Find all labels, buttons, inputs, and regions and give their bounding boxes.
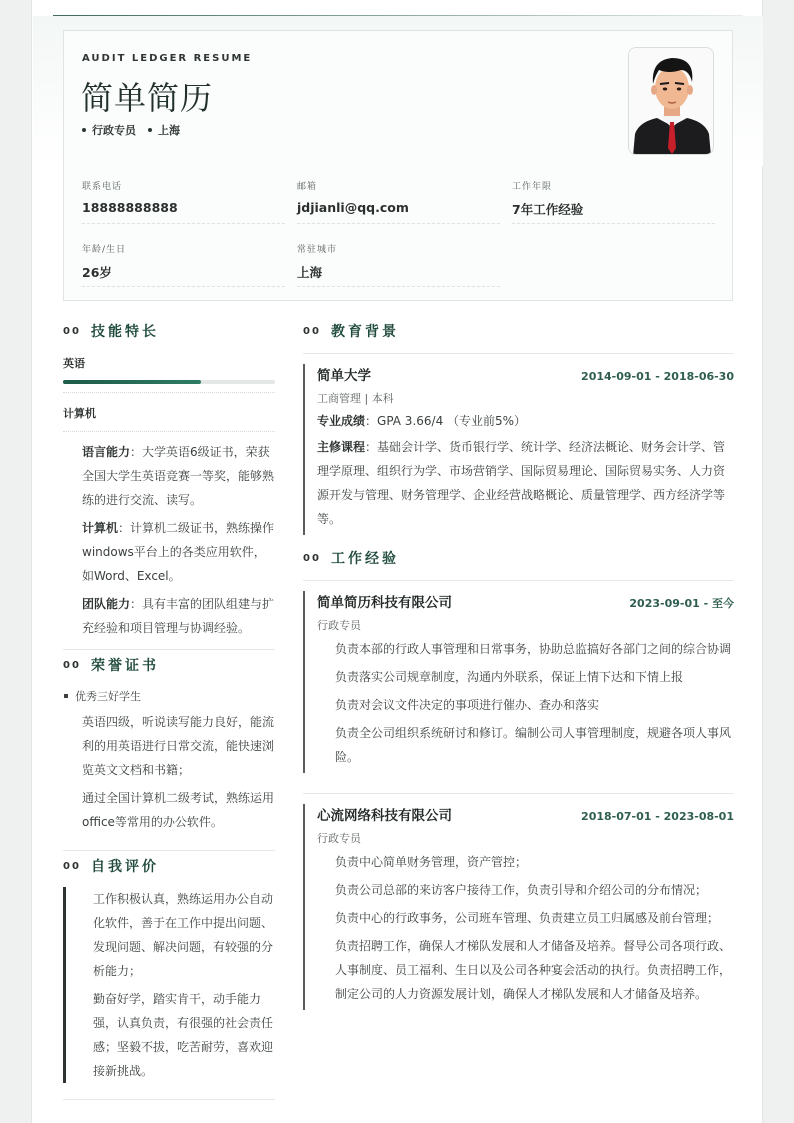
info-label: 工作年限 bbox=[512, 179, 715, 192]
right-column: 00 教育背景 简单大学 2014-09-01 - 2018-06-30 工商管… bbox=[303, 318, 734, 1010]
skill-name: 英语 bbox=[63, 355, 275, 371]
tag-city: 上海 bbox=[148, 122, 180, 138]
age-value: 26岁 bbox=[82, 263, 285, 281]
honor-paragraph: 英语四级，听说读写能力良好，能流利的用英语进行日常交流，能快速浏览英文文档和书籍… bbox=[82, 710, 275, 782]
section-title: 荣誉证书 bbox=[91, 655, 159, 675]
resume-page: AUDIT LEDGER RESUME 简单简历 行政专员 上海 bbox=[31, 0, 763, 1123]
self-eval-paragraph: 工作积极认真，熟练运用办公自动化软件，善于在工作中提出问题、发现问题、解决问题，… bbox=[93, 887, 275, 983]
responsibility-item: 负责对会议文件决定的事项进行催办、查办和落实 bbox=[317, 693, 734, 717]
responsibility-item: 负责全公司组织系统研讨和修订。编制公司人事管理制度，规避各项人事风险。 bbox=[317, 721, 734, 769]
header-tags: 行政专员 上海 bbox=[82, 122, 180, 138]
gpa-line: 专业成绩：GPA 3.66/4 （专业前5%） bbox=[317, 409, 734, 433]
skill-detail: 语言能力：大学英语6级证书，荣获全国大学生英语竞赛一等奖，能够熟练的进行交流、读… bbox=[82, 440, 275, 512]
company-name: 心流网络科技有限公司 bbox=[317, 804, 452, 824]
entry-divider bbox=[303, 793, 734, 794]
section-number: 00 bbox=[63, 660, 91, 671]
self-eval-quote: 工作积极认真，熟练运用办公自动化软件，善于在工作中提出问题、发现问题、解决问题，… bbox=[63, 887, 275, 1083]
section-header-work: 00 工作经验 bbox=[303, 545, 734, 571]
education-date: 2014-09-01 - 2018-06-30 bbox=[581, 370, 734, 383]
left-column: 00 技能特长 英语 计算机 语言能力：大学英语6级证书，荣获全国大学生英语竞赛… bbox=[63, 318, 275, 1100]
job-responsibilities: 负责本部的行政人事管理和日常事务，协助总监搞好各部门之间的综合协调 负责落实公司… bbox=[317, 637, 734, 769]
job-role: 行政专员 bbox=[317, 617, 734, 633]
section-divider bbox=[63, 1099, 275, 1100]
skill-computer: 计算机 bbox=[63, 393, 275, 432]
section-divider bbox=[63, 649, 275, 650]
info-city: 常驻城市 上海 bbox=[297, 241, 500, 287]
job-role: 行政专员 bbox=[317, 830, 734, 846]
honor-details: 英语四级，听说读写能力良好，能流利的用英语进行日常交流，能快速浏览英文文档和书籍… bbox=[63, 710, 275, 834]
responsibility-item: 负责公司总部的来访客户接待工作，负责引导和介绍公司的分布情况； bbox=[317, 878, 734, 902]
courses-line: 主修课程：基础会计学、货币银行学、统计学、经济法概论、财务会计学、管理学原理、组… bbox=[317, 435, 734, 531]
job-date: 2018-07-01 - 2023-08-01 bbox=[581, 810, 734, 823]
responsibility-item: 负责落实公司规章制度，沟通内外联系，保证上情下达和下情上报 bbox=[317, 665, 734, 689]
skill-details: 语言能力：大学英语6级证书，荣获全国大学生英语竞赛一等奖，能够熟练的进行交流、读… bbox=[63, 440, 275, 640]
brand-label: AUDIT LEDGER RESUME bbox=[82, 53, 252, 64]
skill-english: 英语 bbox=[63, 355, 275, 393]
section-title: 教育背景 bbox=[331, 321, 399, 341]
info-phone: 联系电话 18888888888 bbox=[82, 178, 285, 224]
honor-bullet: 优秀三好学生 bbox=[63, 688, 275, 704]
tag-position: 行政专员 bbox=[82, 122, 136, 138]
header-card: AUDIT LEDGER RESUME 简单简历 行政专员 上海 bbox=[63, 30, 733, 301]
responsibility-item: 负责招聘工作，确保人才梯队发展和人才储备及培养。督导公司各项行政、人事制度、员工… bbox=[317, 934, 734, 1006]
section-title: 自我评价 bbox=[91, 856, 159, 876]
job-entry: 心流网络科技有限公司 2018-07-01 - 2023-08-01 行政专员 … bbox=[303, 804, 734, 1010]
section-header-honors: 00 荣誉证书 bbox=[63, 652, 275, 678]
info-label: 常驻城市 bbox=[297, 242, 500, 255]
honor-paragraph: 通过全国计算机二级考试，熟练运用office等常用的办公软件。 bbox=[82, 786, 275, 834]
section-number: 00 bbox=[63, 326, 91, 337]
email-value: jdjianli@qq.com bbox=[297, 200, 500, 215]
skill-name: 计算机 bbox=[63, 405, 275, 421]
top-divider bbox=[53, 15, 743, 16]
info-label: 年龄/生日 bbox=[82, 242, 285, 255]
job-entry: 简单简历科技有限公司 2023-09-01 - 至今 行政专员 负责本部的行政人… bbox=[303, 591, 734, 773]
skill-detail: 计算机：计算机二级证书，熟练操作windows平台上的各类应用软件，如Word、… bbox=[82, 516, 275, 588]
section-number: 00 bbox=[63, 861, 91, 872]
info-label: 邮箱 bbox=[297, 179, 500, 192]
job-date: 2023-09-01 - 至今 bbox=[629, 595, 734, 611]
section-title: 技能特长 bbox=[91, 321, 159, 341]
skill-detail: 团队能力：具有丰富的团队组建与扩充经验和项目管理与协调经验。 bbox=[82, 592, 275, 640]
company-name: 简单简历科技有限公司 bbox=[317, 591, 452, 611]
section-divider bbox=[63, 850, 275, 851]
contact-info-grid: 联系电话 18888888888 邮箱 jdjianli@qq.com 工作年限… bbox=[82, 178, 716, 287]
section-header-skills: 00 技能特长 bbox=[63, 318, 275, 344]
responsibility-item: 负责中心简单财务管理，资产管控； bbox=[317, 850, 734, 874]
section-header-education: 00 教育背景 bbox=[303, 318, 734, 344]
section-header-self-eval: 00 自我评价 bbox=[63, 853, 275, 879]
info-label: 联系电话 bbox=[82, 179, 285, 192]
candidate-name: 简单简历 bbox=[81, 73, 213, 119]
avatar-icon bbox=[629, 48, 714, 155]
section-number: 00 bbox=[303, 553, 331, 564]
major-degree: 工商管理 | 本科 bbox=[317, 390, 734, 406]
section-number: 00 bbox=[303, 326, 331, 337]
section-divider bbox=[303, 580, 734, 581]
job-responsibilities: 负责中心简单财务管理，资产管控； 负责公司总部的来访客户接待工作，负责引导和介绍… bbox=[317, 850, 734, 1006]
city-value: 上海 bbox=[297, 263, 500, 281]
section-title: 工作经验 bbox=[331, 548, 399, 568]
self-eval-paragraph: 勤奋好学，踏实肯干，动手能力强，认真负责，有很强的社会责任感；坚毅不拔，吃苦耐劳… bbox=[93, 987, 275, 1083]
info-experience: 工作年限 7年工作经验 bbox=[512, 178, 715, 224]
education-entry: 简单大学 2014-09-01 - 2018-06-30 工商管理 | 本科 专… bbox=[303, 364, 734, 535]
responsibility-item: 负责中心的行政事务，公司班车管理、负责建立员工归属感及前台管理； bbox=[317, 906, 734, 930]
experience-value: 7年工作经验 bbox=[512, 200, 715, 218]
section-divider bbox=[303, 353, 734, 354]
avatar-photo bbox=[628, 47, 714, 155]
responsibility-item: 负责本部的行政人事管理和日常事务，协助总监搞好各部门之间的综合协调 bbox=[317, 637, 734, 661]
info-email: 邮箱 jdjianli@qq.com bbox=[297, 178, 500, 224]
school-name: 简单大学 bbox=[317, 364, 371, 384]
info-age: 年龄/生日 26岁 bbox=[82, 241, 285, 287]
phone-value: 18888888888 bbox=[82, 200, 285, 215]
